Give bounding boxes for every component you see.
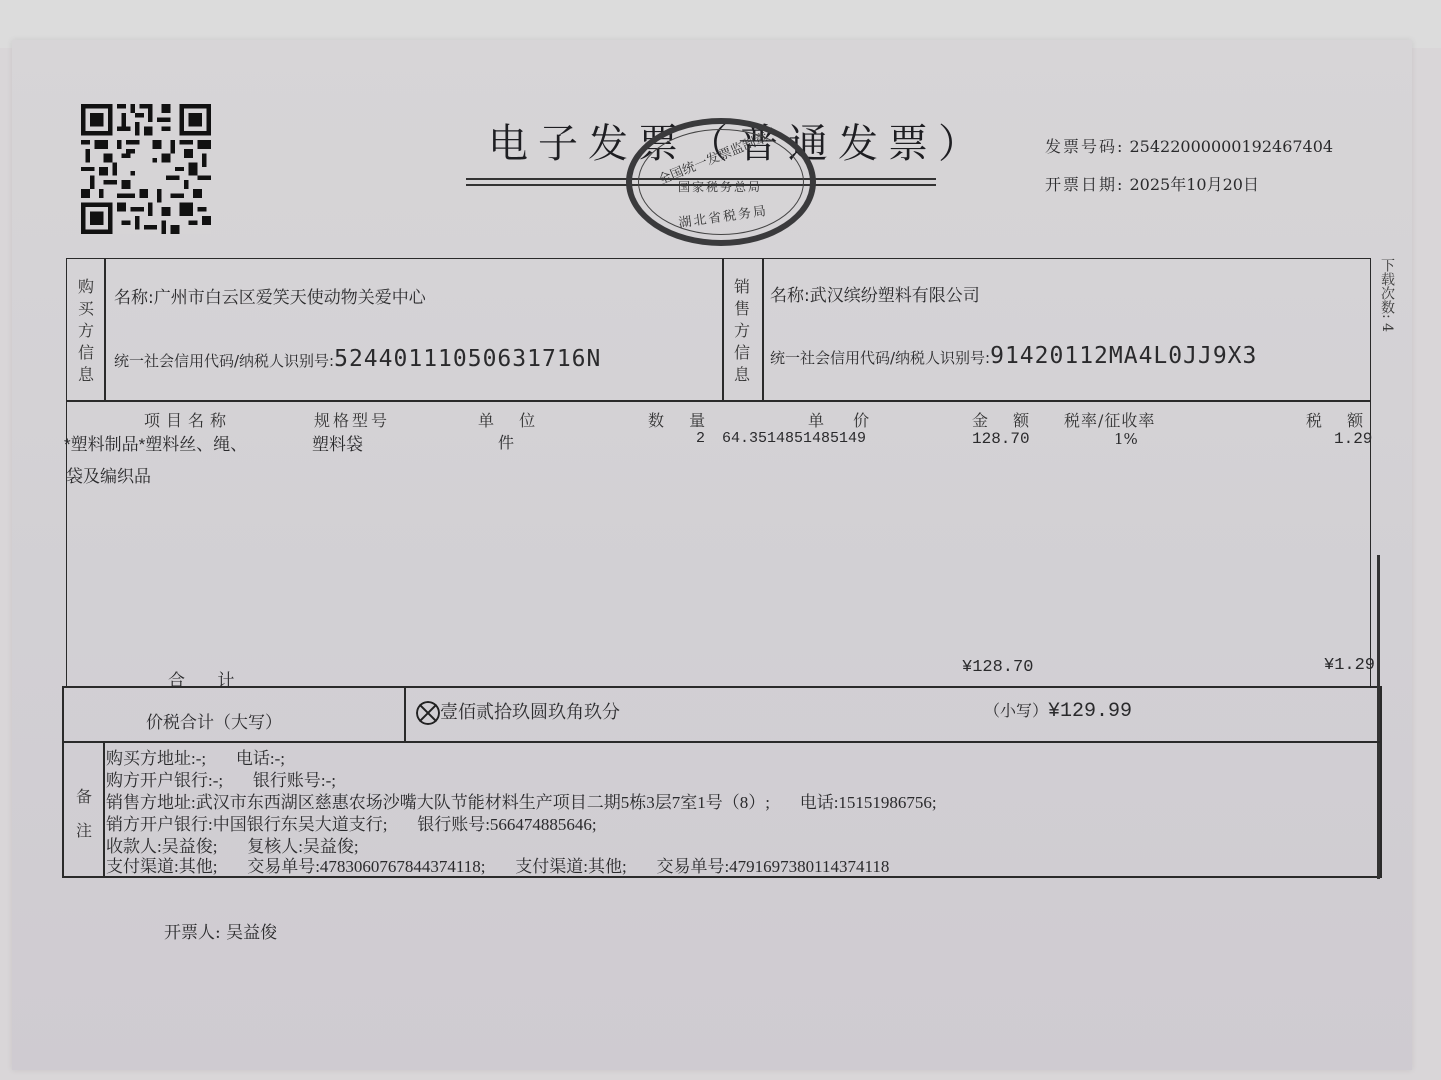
header-unit-price: 单 价: [808, 408, 881, 431]
remarks-label: 备注: [74, 780, 94, 848]
qr-code[interactable]: [80, 104, 212, 234]
invoice-number: 25422000000192467404: [1130, 137, 1334, 156]
party-divider: [66, 400, 1371, 402]
seller-label-divider: [762, 258, 764, 401]
buyer-section-label: 购买方信息: [76, 276, 96, 386]
stamp-middle-text: 国家税务总局: [678, 178, 762, 195]
remarks-label-divider: [103, 742, 105, 878]
grand-total-divider: [404, 687, 406, 742]
buyer-tax-id-row: 统一社会信用代码/纳税人识别号:52440111050631716N: [114, 346, 601, 372]
seller-name-label: 名称:: [770, 286, 810, 306]
issue-date-row: 开票日期: 2025年10月20日: [1045, 172, 1259, 195]
total-tax: ¥1.29: [1324, 656, 1375, 675]
buyer-name-row: 名称:广州市白云区爱笑天使动物关爱中心: [114, 283, 426, 308]
seller-name: 武汉缤纷塑料有限公司: [810, 286, 980, 306]
item-tax: 1.29: [1334, 430, 1372, 448]
download-count: 下载次数: 4: [1376, 258, 1396, 332]
seller-tax-id: 91420112MA4L0JJ9X3: [990, 343, 1257, 369]
seller-name-row: 名称:武汉缤纷塑料有限公司: [770, 281, 980, 306]
buyer-tax-id-label: 统一社会信用代码/纳税人识别号:: [114, 352, 334, 370]
grand-total-label: 价税合计（大写）: [146, 708, 282, 733]
total-amount: ¥128.70: [962, 658, 1033, 677]
buyer-name-label: 名称:: [114, 288, 154, 308]
seller-tax-id-label: 统一社会信用代码/纳税人识别号:: [770, 349, 990, 367]
seller-section-label: 销售方信息: [732, 276, 752, 386]
issuer-row: 开票人: 吴益俊: [164, 918, 277, 943]
item-unit-price: 64.3514851485149: [722, 430, 866, 447]
item-spec: 塑料袋: [312, 430, 363, 455]
download-count-label: 下载次数:: [1379, 258, 1395, 319]
total-label: 合 计: [168, 666, 234, 691]
buyer-tax-id: 52440111050631716N: [334, 346, 601, 372]
item-tax-rate: 1%: [1114, 430, 1138, 448]
grand-total-words-row: 壹佰贰拾玖圆玖角玖分: [416, 698, 620, 725]
remark-line: 购方开户银行:-; 银行账号:-;: [106, 770, 336, 792]
remark-line: 购买方地址:-; 电话:-;: [106, 748, 285, 770]
buyer-name: 广州市白云区爱笑天使动物关爱中心: [154, 288, 426, 308]
invoice-table-frame: [66, 258, 1371, 688]
item-name-line2: 袋及编织品: [66, 462, 151, 487]
item-quantity: 2: [696, 430, 705, 447]
header-amount: 金 额: [972, 408, 1039, 431]
issue-date: 2025年10月20日: [1130, 175, 1259, 194]
frame-shadow-edge: [1377, 555, 1380, 879]
issuer-label: 开票人:: [164, 923, 221, 943]
remarks-divider: [62, 741, 1382, 743]
seller-tax-id-row: 统一社会信用代码/纳税人识别号:91420112MA4L0JJ9X3: [770, 343, 1257, 369]
header-spec: 规格型号: [314, 408, 390, 431]
issuer-name: 吴益俊: [226, 923, 277, 943]
header-quantity: 数 量: [648, 408, 715, 431]
remark-line: 销售方地址:武汉市东西湖区慈惠农场沙嘴大队节能材料生产项目二期5栋3层7室1号（…: [106, 792, 937, 814]
item-name-line1: *塑料制品*塑料丝、绳、: [64, 430, 247, 455]
issue-date-label: 开票日期:: [1045, 175, 1124, 194]
header-tax-rate: 税率/征收率: [1064, 408, 1155, 431]
buyer-label-divider: [104, 258, 106, 401]
download-count-value: 4: [1379, 323, 1395, 332]
grand-total-value: ¥129.99: [1048, 700, 1132, 723]
cross-circle-icon: [416, 701, 440, 725]
remark-line: 收款人:吴益俊; 复核人:吴益俊;: [106, 836, 359, 858]
invoice-number-row: 发票号码: 25422000000192467404: [1045, 134, 1333, 157]
remark-line: 支付渠道:其他; 交易单号:4783060767844374118; 支付渠道:…: [106, 856, 889, 878]
party-center-divider: [722, 258, 724, 401]
grand-total-small-label: （小写）: [984, 701, 1048, 720]
header-item-name: 项目名称: [144, 408, 232, 431]
tax-bureau-stamp: 全国统一发票监制章 国家税务总局 湖北省税务局: [626, 118, 816, 246]
grand-total-numeric-row: （小写）¥129.99: [984, 698, 1132, 723]
item-amount: 128.70: [972, 430, 1030, 448]
grand-total-words: 壹佰贰拾玖圆玖角玖分: [440, 702, 620, 722]
invoice-number-label: 发票号码:: [1045, 137, 1124, 156]
item-unit: 件: [498, 430, 514, 453]
header-tax: 税 额: [1306, 408, 1373, 431]
header-unit: 单 位: [478, 408, 545, 431]
remark-line: 销方开户银行:中国银行东吴大道支行; 银行账号:566474885646;: [106, 814, 597, 836]
